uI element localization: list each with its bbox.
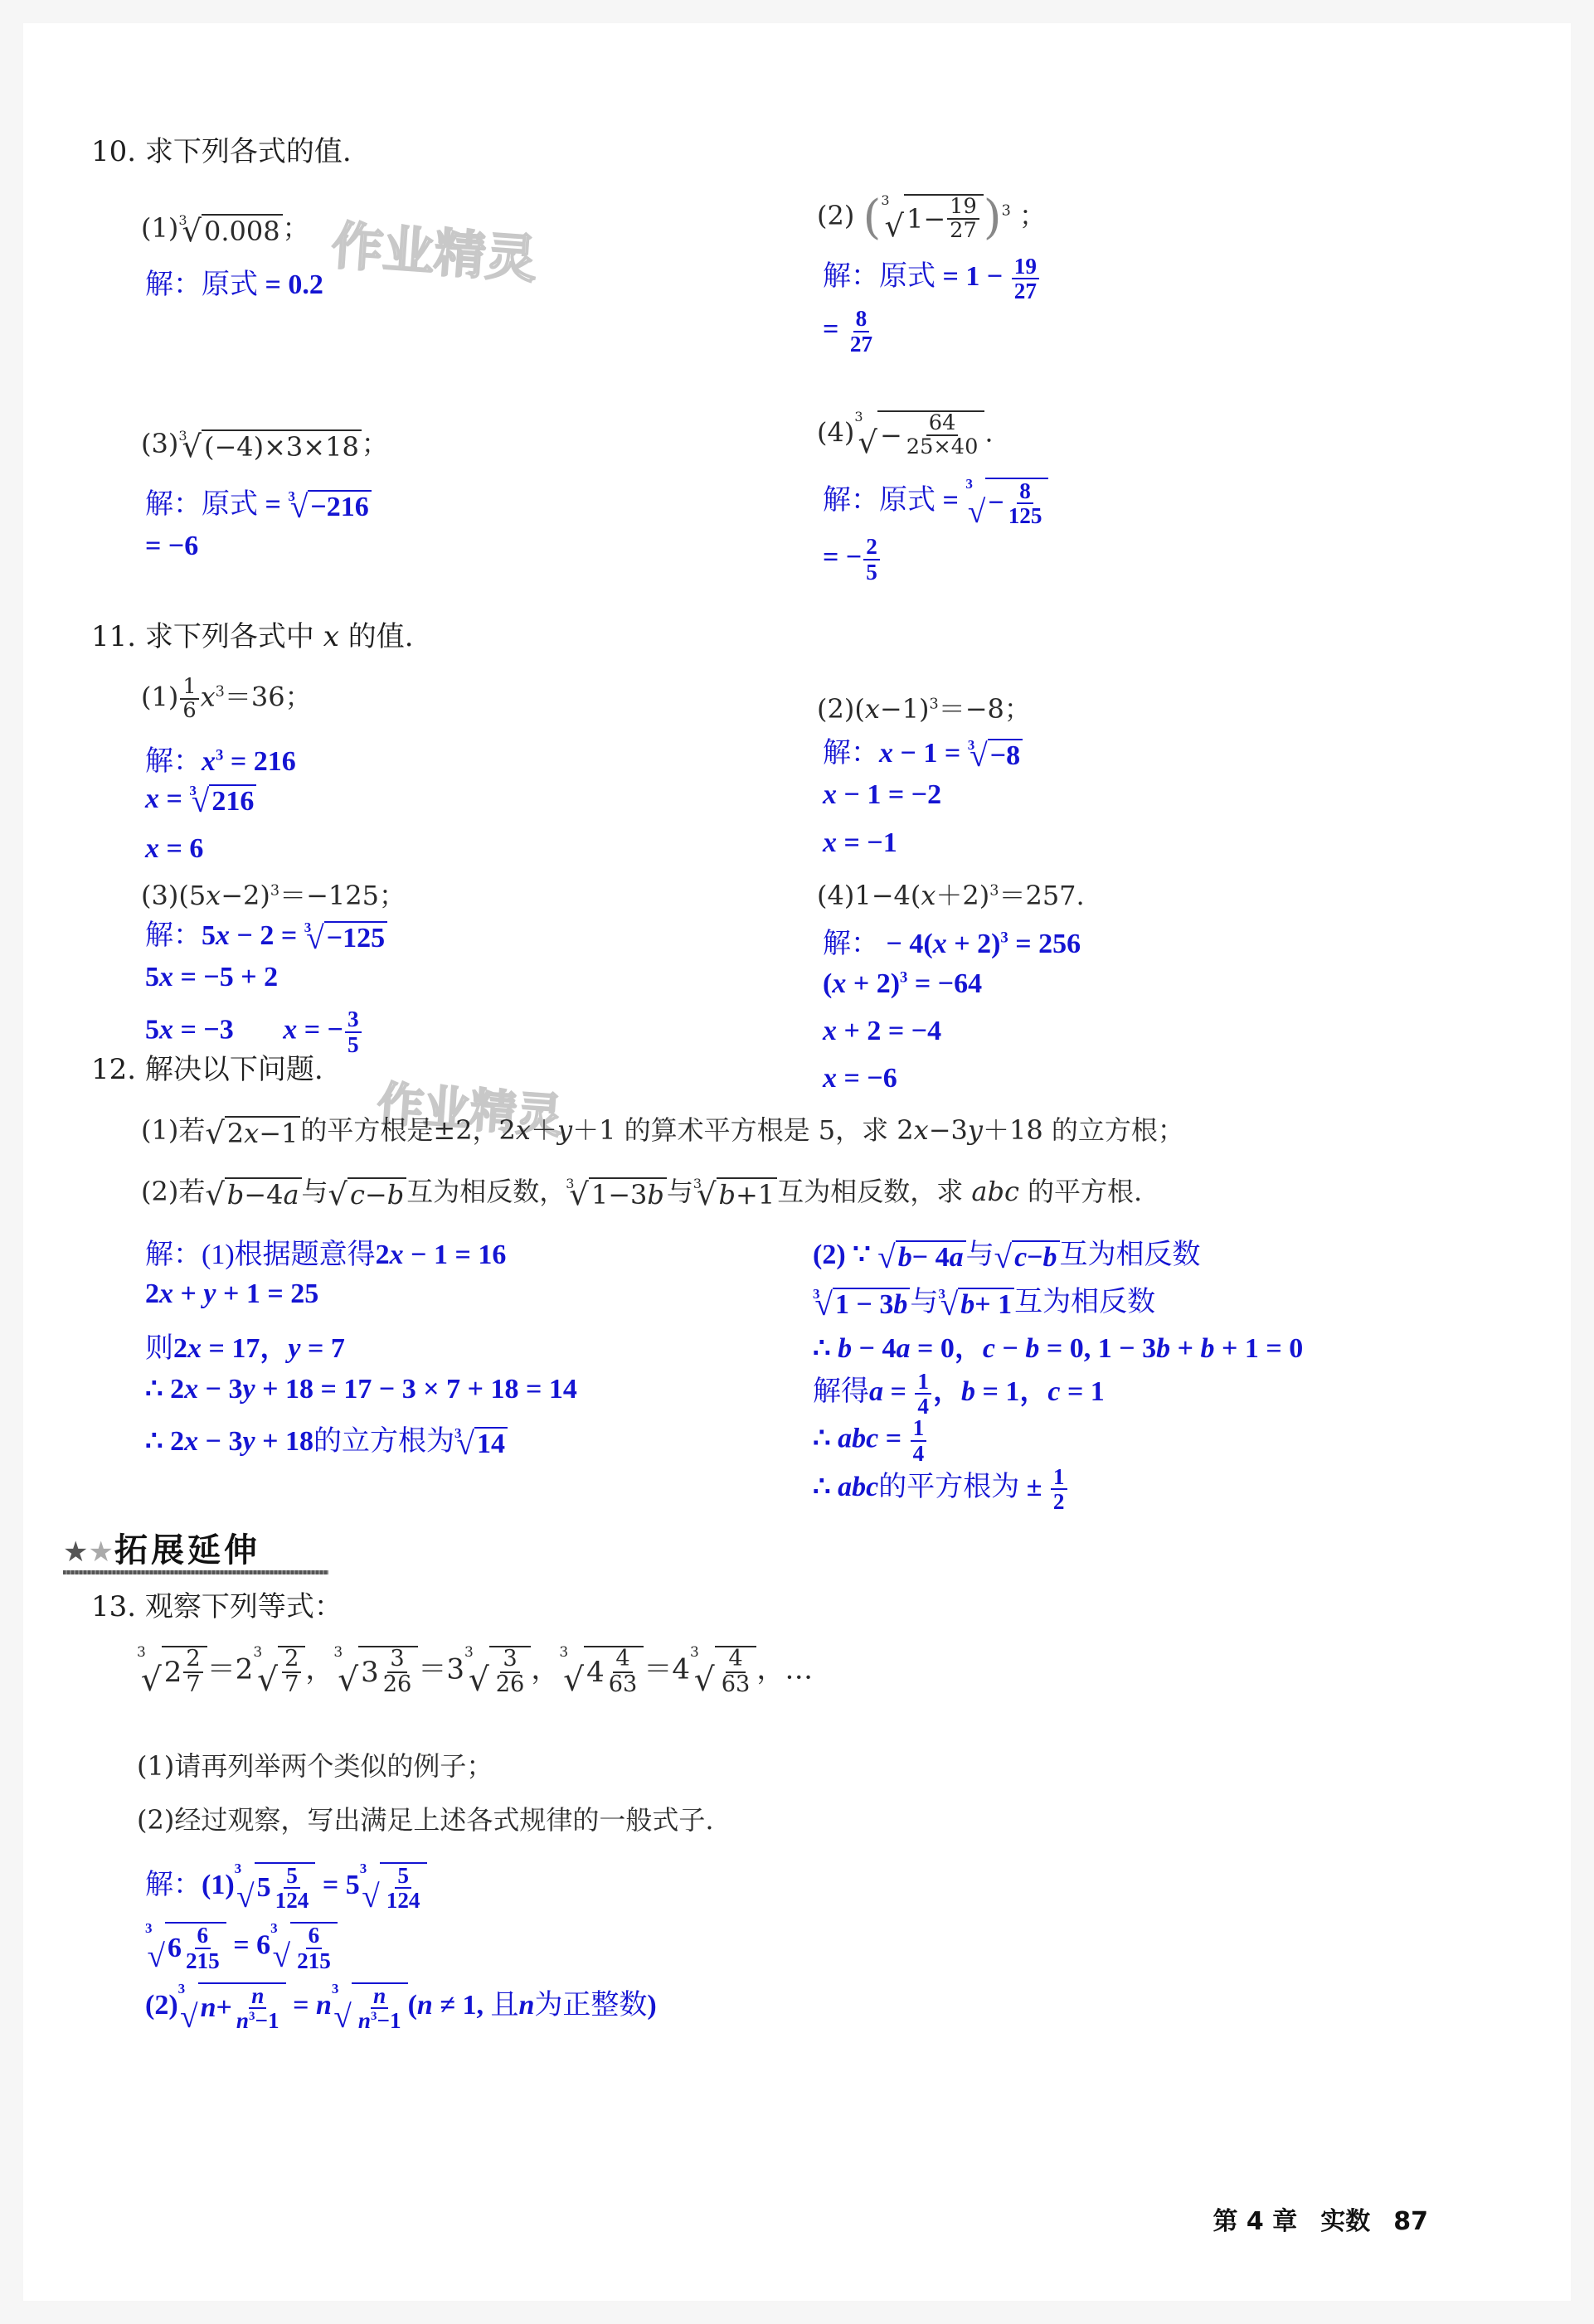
q11-part4-solution-2: (x + 2)3 = −64 [823, 968, 982, 1000]
part-label: (4) [817, 416, 854, 448]
q12-solution-left-1: 解：(1)根据题意得2x − 1 = 16 [145, 1231, 506, 1272]
q10-part1-solution: 解：原式 = 0.2 [145, 261, 323, 302]
q12-solution-right-5: ∴ abc = 14 [813, 1416, 928, 1465]
q11-part1-solution-1: 解：x3 = 216 [145, 738, 296, 779]
part-label: (2) [137, 1804, 174, 1836]
q10-part4-solution-1: 解：原式 = 3√−8125 [823, 477, 1048, 528]
page-footer: 第 4 章实数87 [1189, 2200, 1428, 2237]
q11-part4-solution-4: x = −6 [823, 1063, 897, 1094]
q12-part2: (2)若√b−4a与√c−b互为相反数，3√1−3b与3√b+1互为相反数，求 … [141, 1171, 1142, 1211]
part-label: (1) [137, 1750, 174, 1782]
watermark: 作业精灵 [329, 204, 540, 292]
q11-part3-solution-2: 5x = −5 + 2 [145, 962, 278, 993]
q11-part4-solution-1: 解： − 4(x + 2)3 = 256 [823, 920, 1081, 961]
page-number: 87 [1393, 2207, 1428, 2236]
punct: ； [283, 212, 309, 244]
q11-part3-solution-1: 解：5x − 2 = 3√−125 [145, 912, 387, 954]
q11-part2-solution-2: x − 1 = −2 [823, 779, 941, 811]
question-10-title: 10. 求下列各式的值. [91, 129, 352, 169]
q11-part2-solution-1: 解：x − 1 = 3√−8 [823, 730, 1023, 772]
q10-part3-solution-1: 解：原式 = 3√−216 [145, 481, 372, 523]
q13-pattern: 3√227＝23√27，3√3326＝33√326，3√4463＝43√463，… [137, 1646, 813, 1696]
section-title: 拓展延伸 [114, 1524, 260, 1571]
part-text: 经过观察，写出满足上述各式规律的一般式子. [174, 1804, 713, 1836]
question-11-title: 11. 求下列各式中 x 的值. [91, 614, 414, 654]
q13-solution-2: 3√66215 = 63√6215 [145, 1922, 338, 1972]
q13-solution-1: 解：(1)3√55124 = 53√5124 [145, 1861, 427, 1913]
q12-solution-left-3: 则2x = 17，y = 7 [145, 1325, 345, 1366]
title-text: 的值. [348, 620, 414, 653]
q12-solution-left-4: ∴ 2x − 3y + 18 = 17 − 3 × 7 + 18 = 14 [145, 1372, 577, 1405]
q11-part3: (3)(5x−2)3＝−125； [141, 875, 406, 913]
radicand: (−4)×3×18 [202, 429, 362, 463]
question-13-title: 13. 观察下列等式： [91, 1584, 343, 1624]
q12-solution-left-5: ∴ 2x − 3y + 18的立方根为3√14 [145, 1418, 508, 1460]
q11-part2-solution-3: x = −1 [823, 827, 897, 859]
q10-part2: (2) (3√1−1927)3 ； [817, 191, 1046, 245]
q11-part1: (1)16x3＝36； [141, 676, 312, 722]
q12-solution-right-4: 解得a = 14，b = 1，c = 1 [813, 1368, 1105, 1419]
topic-label: 实数 [1320, 2207, 1370, 2236]
q12-solution-right-2: 3√1 − 3b与3√b + 1互为相反数 [813, 1278, 1155, 1321]
q10-part2-solution-2: = 827 [823, 307, 877, 356]
q11-part4: (4)1−4(x＋2)3＝257. [817, 875, 1085, 913]
part-label: (3) [141, 428, 178, 459]
q12-part1: (1)若√2x−1的平方根是±2，2x＋y＋1 的算术平方根是 5，求 2x−3… [141, 1109, 1184, 1149]
variable: x [323, 620, 339, 653]
radicand: 0.008 [202, 214, 283, 247]
q12-solution-right-3: ∴ b − 4a = 0，c − b = 0, 1 − 3b + b + 1 =… [813, 1325, 1303, 1366]
q10-part2-solution-1: 解：原式 = 1 − 1927 [823, 253, 1041, 303]
q10-part3: (3)3√(−4)×3×18； [141, 423, 388, 463]
q13-part2: (2)经过观察，写出满足上述各式规律的一般式子. [137, 1799, 714, 1837]
title-text: 11. 求下列各式中 [91, 620, 314, 653]
chapter-label: 第 4 章 [1213, 2207, 1297, 2236]
part-text: 请再列举两个类似的例子； [174, 1750, 493, 1782]
q12-solution-left-2: 2x + y + 1 = 25 [145, 1278, 318, 1310]
q13-solution-3: (2)3√n + nn3−1 = n3√nn3−1(n ≠ 1, 且n为正整数) [145, 1982, 657, 2033]
q12-solution-right-1: (2) ∵ √b − 4a与√c − b互为相反数 [813, 1231, 1201, 1274]
question-12-title: 12. 解决以下问题. [91, 1046, 323, 1087]
q11-part1-solution-2: x = 3√216 [145, 784, 256, 818]
q10-part4: (4)3√−6425×40. [817, 410, 994, 458]
q10-part3-solution-2: = −6 [145, 531, 198, 562]
q10-part1: (1)3√0.008； [141, 207, 309, 247]
stars-icon: ★★ [63, 1536, 114, 1569]
q11-part4-solution-3: x + 2 = −4 [823, 1016, 941, 1047]
q11-part2: (2)(x−1)3＝−8； [817, 688, 1031, 726]
q11-part1-solution-3: x = 6 [145, 833, 203, 865]
part-label: (2) [817, 200, 854, 231]
q12-solution-right-6: ∴ abc的平方根为 ± 12 [813, 1463, 1069, 1514]
punct: ； [362, 428, 388, 459]
section-divider [63, 1570, 328, 1574]
q10-part4-solution-2: = −25 [823, 535, 882, 584]
section-header: ★★ 拓展延伸 [63, 1524, 328, 1574]
part-label: (1) [141, 212, 178, 244]
q13-part1: (1)请再列举两个类似的例子； [137, 1745, 493, 1783]
